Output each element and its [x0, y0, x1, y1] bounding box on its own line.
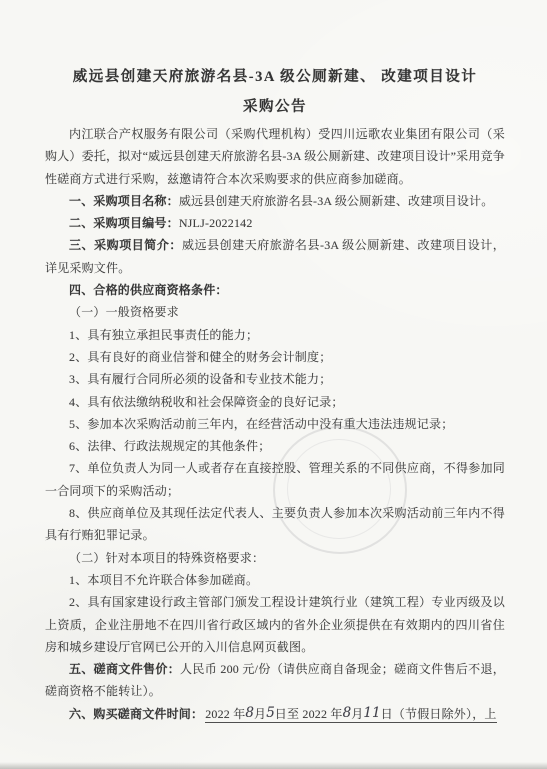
- paragraph: 4、具有依法缴纳税收和社会保障资金的良好记录；: [45, 391, 505, 413]
- purchase-date-underlined: 2022 年8月5日至 2022 年8月11日（节假日除外），上: [205, 707, 496, 723]
- paragraph-text: 内江联合产权服务有限公司（采购代理机构）受四川远歌农业集团有限公司（采购人）委托…: [45, 127, 505, 186]
- printed-date-text: 日（节假日除外），上: [381, 707, 497, 721]
- paragraph: 三、采购项目简介：威远县创建天府旅游名县-3A 级公厕新建、改建项目设计，详见采…: [45, 234, 505, 279]
- paragraph-label: 四、合格的供应商资格条件：: [69, 283, 228, 297]
- document-body: 内江联合产权服务有限公司（采购代理机构）受四川远歌农业集团有限公司（采购人）委托…: [45, 123, 505, 725]
- paragraph: 3、具有履行合同所必须的设备和专业技术能力；: [45, 368, 505, 390]
- paragraph-label: 五、磋商文件售价：: [69, 662, 180, 676]
- paragraph-text: 6、法律、行政法规规定的其他条件；: [69, 439, 270, 453]
- paragraph-text: 4、具有依法缴纳税收和社会保障资金的良好记录；: [69, 395, 344, 409]
- handwritten-date-value: 5: [266, 705, 275, 721]
- paragraph-text: 7、单位负责人为同一人或者存在直接控股、管理关系的不同供应商，不得参加同一合同项…: [45, 461, 505, 497]
- paragraph: 1、本项目不允许联合体参加磋商。: [45, 569, 505, 591]
- document-title-line1: 威远县创建天府旅游名县-3A 级公厕新建、 改建项目设计: [45, 62, 505, 92]
- paragraph-text: 1、本项目不允许联合体参加磋商。: [69, 573, 258, 587]
- paragraph-text: （一）一般资格要求: [69, 305, 179, 319]
- paragraph: 2、具有良好的商业信誉和健全的财务会计制度；: [45, 346, 505, 368]
- paragraph-label: 六、购买磋商文件时间：: [69, 707, 203, 721]
- paragraph: 六、购买磋商文件时间：2022 年8月5日至 2022 年8月11日（节假日除外…: [45, 703, 505, 725]
- paragraph-label: 三、采购项目简介：: [69, 238, 182, 252]
- paragraph-text: 1、具有独立承担民事责任的能力；: [69, 328, 258, 342]
- printed-date-text: 月: [254, 707, 266, 721]
- paragraph-text: 8、供应商单位及其现任法定代表人、主要负责人参加本次采购活动前三年内不得具有行贿…: [45, 506, 505, 542]
- paragraph: （一）一般资格要求: [45, 301, 505, 323]
- paragraph: 四、合格的供应商资格条件：: [45, 279, 505, 301]
- paragraph-text: 2、具有良好的商业信誉和健全的财务会计制度；: [69, 350, 331, 364]
- paragraph: （二）针对本项目的特殊资格要求：: [45, 547, 505, 569]
- paragraph: 一、采购项目名称：威远县创建天府旅游名县-3A 级公厕新建、改建项目设计。: [45, 190, 505, 212]
- paragraph-text: 2、具有国家建设行政主管部门颁发工程设计建筑行业（建筑工程）专业丙级及以上资质，…: [45, 595, 505, 654]
- paragraph-text: 威远县创建天府旅游名县-3A 级公厕新建、改建项目设计。: [179, 194, 494, 208]
- printed-date-text: 2022 年: [205, 707, 245, 721]
- document-title: 威远县创建天府旅游名县-3A 级公厕新建、 改建项目设计 采购公告: [45, 62, 505, 122]
- handwritten-date-value: 8: [343, 705, 352, 721]
- paragraph: 1、具有独立承担民事责任的能力；: [45, 324, 505, 346]
- paragraph-label: 二、采购项目编号：: [69, 216, 179, 230]
- handwritten-date-value: 11: [363, 705, 380, 721]
- handwritten-date-value: 8: [245, 705, 254, 721]
- printed-date-text: 日至 2022 年: [275, 707, 343, 721]
- paragraph: 2、具有国家建设行政主管部门颁发工程设计建筑行业（建筑工程）专业丙级及以上资质，…: [45, 591, 505, 658]
- paragraph: 6、法律、行政法规规定的其他条件；: [45, 435, 505, 457]
- printed-date-text: 月: [351, 707, 363, 721]
- paragraph-label: 一、采购项目名称：: [69, 194, 179, 208]
- document-page: 威远县创建天府旅游名县-3A 级公厕新建、 改建项目设计 采购公告 内江联合产权…: [0, 0, 547, 769]
- document-title-line2: 采购公告: [45, 92, 505, 122]
- paragraph: 8、供应商单位及其现任法定代表人、主要负责人参加本次采购活动前三年内不得具有行贿…: [45, 502, 505, 547]
- paragraph-text: NJLJ-2022142: [179, 216, 253, 230]
- paragraph: 内江联合产权服务有限公司（采购代理机构）受四川远歌农业集团有限公司（采购人）委托…: [45, 123, 505, 190]
- paragraph: 二、采购项目编号：NJLJ-2022142: [45, 212, 505, 234]
- scan-edge-shadow: [0, 762, 547, 769]
- paragraph: 五、磋商文件售价：人民币 200 元/份（请供应商自备现金；磋商文件售后不退，磋…: [45, 658, 505, 703]
- paragraph: 7、单位负责人为同一人或者存在直接控股、管理关系的不同供应商，不得参加同一合同项…: [45, 457, 505, 502]
- paragraph-text: （二）针对本项目的特殊资格要求：: [69, 551, 264, 565]
- paragraph: 5、参加本次采购活动前三年内，在经营活动中没有重大违法违规记录；: [45, 413, 505, 435]
- paragraph-text: 3、具有履行合同所必须的设备和专业技术能力；: [69, 372, 331, 386]
- paragraph-text: 5、参加本次采购活动前三年内，在经营活动中没有重大违法违规记录；: [69, 417, 453, 431]
